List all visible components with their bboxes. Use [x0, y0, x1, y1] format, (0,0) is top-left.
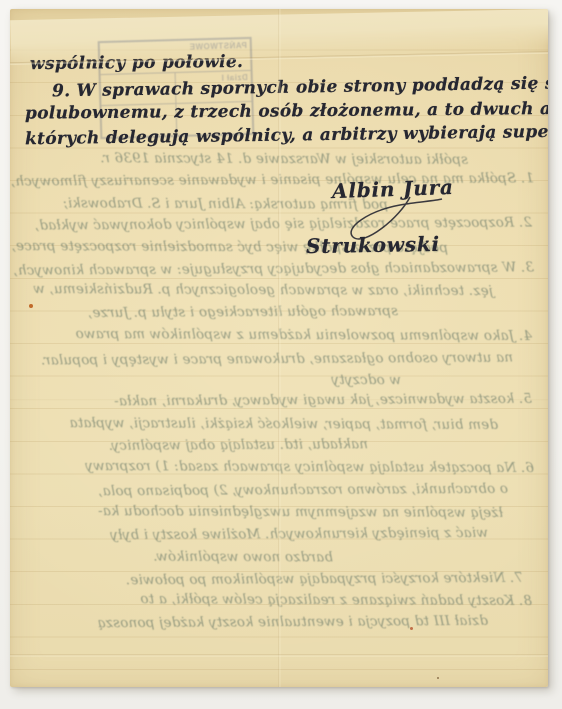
paper-speck	[437, 677, 439, 679]
bleedthrough-line: 7. Niektóre korzyści przypadają wspólnik…	[126, 570, 523, 588]
signature-strukowski: Strukowski	[306, 232, 440, 258]
bleedthrough-line: spółki autorskiej w Warszawie d. 14 styc…	[100, 150, 468, 168]
bleedthrough-line: 3. W sprawozdaniach głos decydujący przy…	[13, 259, 534, 278]
bleedthrough-line: bardzo nowo wspólników.	[153, 549, 333, 566]
fold-crease-middle	[10, 399, 548, 401]
bleedthrough-line: sprawach ogółu literackiego i stylu p. J…	[88, 303, 398, 321]
fold-crease-vertical	[278, 9, 281, 687]
bleedthrough-line: 1. Spółka ma na celu wspólne pisanie i w…	[10, 170, 534, 189]
paper-speck	[410, 627, 413, 630]
bleedthrough-line: o obrachunki, zarówno rozrachunkowy, 2) …	[98, 481, 508, 500]
fold-crease-bottom	[10, 654, 548, 657]
bleedthrough-line: na utwory osobno ogłaszane, drukowane pr…	[41, 350, 513, 369]
bleedthrough-line: 8. Koszty badań związane z realizacją ce…	[140, 591, 532, 609]
bleedthrough-line: jęz. techniki, oraz w sprawach geologicz…	[33, 281, 493, 299]
letter-page: PAŃSTWOWE Dział I spółki autorskiej w Wa…	[10, 9, 548, 687]
bleedthrough-line: w odczyty	[331, 372, 401, 388]
bleedthrough-line: dział III td pozycja i ewentualnie koszt…	[97, 613, 488, 631]
bleedthrough-line: 4. Jako wspólnemu pozwoleniu każdemu z w…	[75, 326, 532, 344]
bleedthrough-line: 6. Na początek ustalają wspólnicy sprawa…	[85, 458, 534, 476]
bleedthrough-line: nakładu, itd. ustalają obaj wspólnicy.	[109, 436, 368, 454]
bleedthrough-line: dem biur, format, papier, wielkość książ…	[69, 415, 498, 433]
bleedthrough-line: łżeją wspólnie na wzajemnym uwzględnieni…	[98, 503, 503, 521]
bleedthrough-line: wiać z pieniędzy kierunkowych. Możliwe k…	[110, 525, 488, 543]
paper-speck	[29, 304, 33, 308]
